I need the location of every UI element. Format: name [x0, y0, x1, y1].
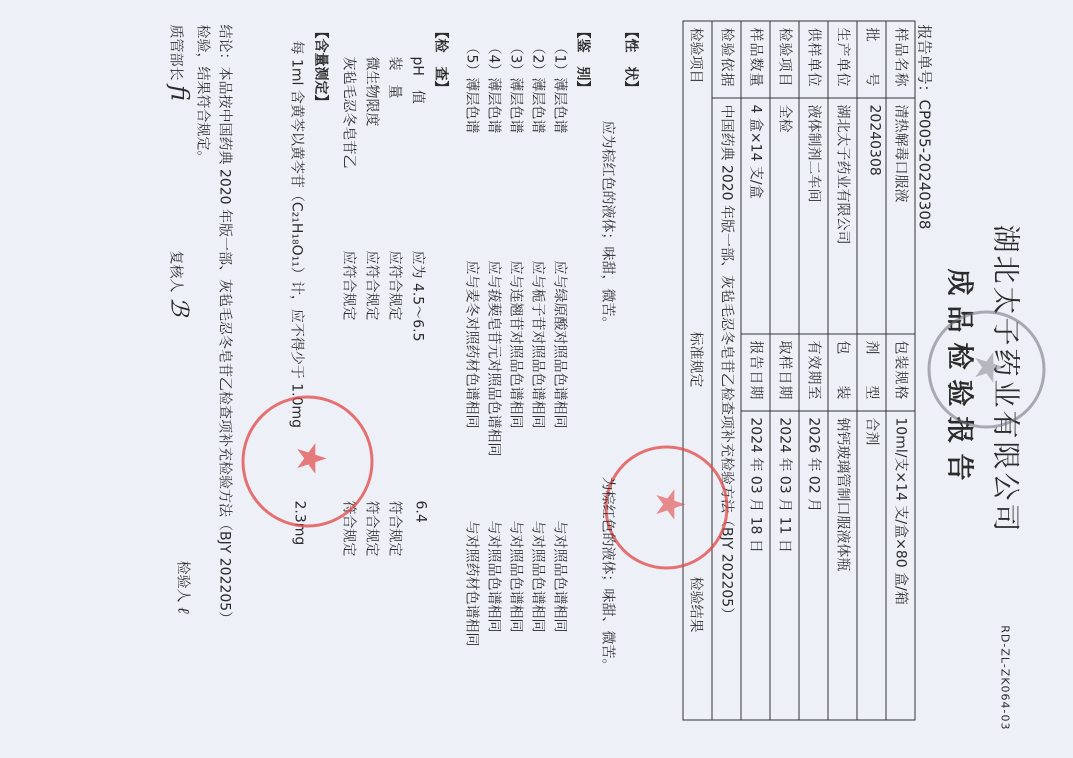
package-spec: 10ml/支×14 支/盒×80 盒/箱: [886, 410, 915, 719]
expiry-date: 2026 年 02 月: [799, 410, 828, 719]
package-spec-label: 包装规格: [886, 333, 915, 410]
inspector-signature: ℓ: [174, 606, 193, 613]
packaging-label: 包 装: [828, 333, 857, 410]
sampling-date-label: 取样日期: [770, 333, 799, 410]
column-header-row: 检验项目 标准规定 检验结果: [683, 21, 712, 720]
identification-row-4-result: 与对照品色谱相同: [484, 520, 504, 632]
report-number-label: 报告单号：: [915, 24, 933, 99]
section-inspection: 【检 查】: [431, 24, 451, 94]
character-result: 为棕红色的液体；味甜、微苦。: [598, 476, 618, 672]
identification-row-3-result: 与对照品色谱相同: [506, 520, 526, 632]
report-number: 报告单号：CP005-20240308: [914, 24, 935, 229]
qa-signature: ﬁ: [165, 84, 193, 100]
inspection-row-2-standard: 应符合规定: [385, 250, 405, 320]
inspection-row-1-item: pH 值: [408, 56, 428, 103]
section-identification: 【鉴 别】: [573, 24, 593, 94]
inspection-row-1-result: 6.4: [412, 500, 428, 522]
column-result: 检验结果: [686, 576, 706, 632]
inspector-label: 检验人: [174, 560, 190, 602]
identification-row-3-item: （3）薄层色谱: [506, 40, 526, 133]
qa-manager-label: 质管部长: [167, 24, 183, 80]
inspection-row-4-item: 灰毡毛忍冬皂苷乙: [339, 56, 359, 168]
report-number-value: CP005-20240308: [915, 99, 933, 229]
character-standard: 应为棕红色的液体；味甜，微苦。: [598, 120, 618, 330]
sample-name-label: 样品名称: [886, 21, 915, 98]
identification-row-4-item: （4）薄层色谱: [484, 40, 504, 133]
identification-row-2-standard: 应与栀子苷对照品色谱相同: [528, 260, 548, 428]
column-item: 检验项目: [686, 27, 706, 83]
section-character: 【性 状】: [621, 24, 641, 94]
identification-row-3-standard: 应与连翘苷对照品色谱相同: [506, 260, 526, 428]
star-icon: ★: [968, 349, 1008, 385]
dosage-form-label: 剂 型: [857, 333, 886, 410]
producer-label: 生产单位: [828, 21, 857, 98]
expiry-label: 有效期至: [799, 333, 828, 410]
identification-row-5-result: 与对照药材色谱相同: [462, 520, 482, 646]
signature-reviewer: 复核人 ℬ: [165, 250, 193, 315]
test-items: 全检: [770, 98, 799, 334]
red-quality-stamp-1: ★: [604, 445, 728, 569]
report-date-label: 报告日期: [741, 333, 770, 410]
star-icon: ★: [290, 440, 330, 476]
supplier: 液体制剂二车间: [799, 98, 828, 334]
conclusion-text: 结论：本品按中国药典 2020 年版一部、灰毡毛忍冬皂苷乙检查项补充检验方法（B…: [215, 24, 235, 625]
identification-row-5-item: （5）薄层色谱: [462, 40, 482, 133]
conclusion-text-2: 检验，结果符合规定。: [193, 24, 213, 164]
assay-standard: 每 1ml 含黄芩以黄芩苷（C₂₁H₁₈O₁₁）计，应不得少于 1.0mg: [287, 40, 307, 428]
reviewer-signature: ℬ: [165, 296, 193, 315]
identification-row-2-item: （2）薄层色谱: [528, 40, 548, 133]
identification-row-1-standard: 应与绿原酸对照品色谱相同: [550, 260, 570, 428]
sample-name: 清热解毒口服液: [886, 98, 915, 334]
red-quality-stamp-2: ★: [241, 395, 373, 527]
batch-number: 20240308: [857, 98, 886, 334]
quantity-label: 样品数量: [741, 21, 770, 98]
sampling-date: 2024 年 03 月 11 日: [770, 410, 799, 719]
inspection-row-1-standard: 应为 4.5～6.5: [408, 250, 428, 341]
report-page: RD-ZL-ZK064-03 湖北太子药业有限公司 成品检验报告 ★ 报告单号：…: [0, 0, 1073, 758]
supplier-label: 供样单位: [799, 21, 828, 98]
inspection-row-4-standard: 应符合规定: [339, 250, 359, 320]
star-icon: ★: [649, 486, 689, 522]
inspection-row-2-item: 装 量: [385, 56, 405, 98]
sample-quantity: 4 盒×14 支/盒: [741, 98, 770, 334]
producer: 湖北太子药业有限公司: [828, 98, 857, 334]
signature-inspector: 检验人 ℓ: [173, 560, 193, 613]
test-items-label: 检验项目: [770, 21, 799, 98]
packaging: 钠钙玻璃管制口服液体瓶: [828, 410, 857, 719]
reviewer-label: 复核人: [167, 250, 183, 292]
section-assay: 【含量测定】: [311, 24, 331, 108]
identification-row-1-result: 与对照品色谱相同: [550, 520, 570, 632]
identification-row-5-standard: 应与麦冬对照药材色谱相同: [462, 260, 482, 428]
identification-row-2-result: 与对照品色谱相同: [528, 520, 548, 632]
inspection-row-3-result: 符合规定: [362, 500, 382, 556]
dosage-form: 合剂: [857, 410, 886, 719]
test-basis: 中国药典 2020 年版一部、灰毡毛忍冬皂苷乙检查项补充检验方法（BJY 202…: [712, 98, 741, 720]
gray-inspection-stamp: ★: [927, 310, 1045, 428]
basis-label: 检验依据: [712, 21, 741, 98]
inspection-row-3-item: 微生物限度: [362, 56, 382, 126]
column-standard: 标准规定: [686, 331, 706, 387]
report-date: 2024 年 03 月 18 日: [741, 410, 770, 719]
identification-row-4-standard: 应与菝葜皂苷元对照品色谱相同: [484, 260, 504, 456]
identification-row-1-item: （1）薄层色谱: [550, 40, 570, 133]
inspection-row-2-result: 符合规定: [385, 500, 405, 556]
info-table: 样品名称 清热解毒口服液 包装规格 10ml/支×14 支/盒×80 盒/箱 批…: [682, 20, 915, 720]
inspection-row-3-standard: 应符合规定: [362, 250, 382, 320]
signature-qa: 质管部长 ﬁ: [165, 24, 193, 100]
batch-label: 批 号: [857, 21, 886, 98]
